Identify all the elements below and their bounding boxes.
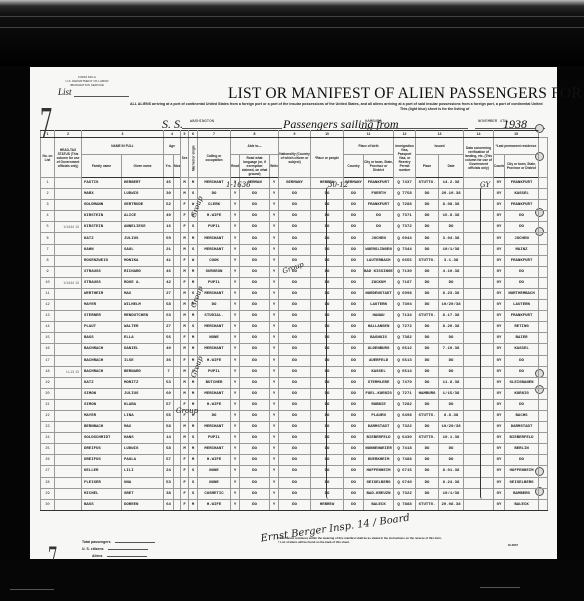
visa-number-cell: Q 6498 [394,410,416,421]
sex-cell: M [181,311,189,322]
nationality-cell: DO [279,377,311,388]
age-years-cell: 53 [164,477,174,488]
issued-place-cell: DO [416,333,439,344]
issued-date-cell: 10/20/38 [439,300,464,311]
nationality-cell: DO [279,288,311,299]
residence-city-cell: FRANKFURT [505,200,539,211]
margin-cell [539,399,548,410]
verification-cell [464,333,494,344]
header-last-residence: *Last permanent residence [494,138,539,155]
head-tax-note-cell [55,433,82,444]
age-months-cell [174,300,181,311]
marital-status-cell: S [189,477,198,488]
occupation-cell: COOK [198,255,231,266]
residence-city-cell: KOENIG [505,388,539,399]
sex-cell: F [181,466,189,477]
read-language-cell: DO [240,466,270,477]
table-row: 22MAYERLINA55FMDOYDOYDODODOPLAUENQ 6498S… [41,410,548,421]
header-birth-country: Country [344,155,364,178]
visa-number-cell: Q 7382 [394,333,416,344]
nationality-cell: DO [279,355,311,366]
issued-date-cell: 10.1.38 [439,433,464,444]
family-name-cell: SIMON [82,399,122,410]
sailing-port-line [360,128,468,129]
residence-city-cell: LAUTERN [505,300,539,311]
table-row: 3GOLDMANNGERTRUDE52FWCLERKYDOYDODODOFRAN… [41,200,548,211]
birth-city-cell: WOERSLINGEN [364,244,394,255]
issued-place-cell: STUTTG. [416,499,439,510]
can-write-cell: Y [270,355,279,366]
visa-number-cell: Q 6740 [394,477,416,488]
issued-date-cell: 1/15/38 [439,388,464,399]
marital-status-cell: S [189,488,198,499]
age-months-cell [174,288,181,299]
given-name-cell: HERBERT [122,178,164,189]
nationality-cell: DO [279,366,311,377]
header-read-language: Read what language (or, if exemption cla… [240,155,270,178]
age-months-cell [174,344,181,355]
can-write-cell: Y [270,477,279,488]
can-write-cell: Y [270,211,279,222]
can-write-cell: Y [270,388,279,399]
issued-place-cell: DO [416,344,439,355]
verification-cell [464,433,494,444]
issued-date-cell: 20.08.38 [439,499,464,510]
table-row: 18LL13 13BACHRACHBERNARD7MSPUPILYDOYDODO… [41,366,548,377]
margin-cell [539,211,548,222]
age-years-cell: 57 [164,455,174,466]
birth-country-cell: DO [344,277,364,288]
read-language-cell: DO [240,499,270,510]
family-name-cell: BASS [82,499,122,510]
issued-place-cell: STUTTG. [416,178,439,189]
birth-country-cell: DO [344,200,364,211]
visa-number-cell: Q 7322 [394,488,416,499]
table-row: 19KATZMORITZ53MMBUTCHERYDOYDODODOSTEMMLE… [41,377,548,388]
sex-cell: F [181,277,189,288]
margin-cell [539,178,548,189]
sex-cell: M [181,366,189,377]
residence-country-cell: GY [494,244,505,255]
birth-city-cell: AUERFELD [364,355,394,366]
birth-city-cell: FUERTH [364,189,394,200]
birth-country-cell: DO [344,211,364,222]
issued-date-cell: DO [439,333,464,344]
given-name-cell: KLARA [122,399,164,410]
residence-city-cell: DO [505,399,539,410]
table-row: 20SIMONJULIUS60MMMERCHANTYDOYDODODOFOEL-… [41,388,548,399]
residence-country-cell: GY [494,444,505,455]
residence-city-cell: DO [505,211,539,222]
can-read-cell: Y [231,499,240,510]
issued-date-cell: DO [439,355,464,366]
visa-number-cell: Q 7134 [394,311,416,322]
read-language-cell: DO [240,333,270,344]
can-read-cell: Y [231,288,240,299]
age-months-cell [174,388,181,399]
head-tax-note-cell [55,344,82,355]
residence-city-cell: GLEISBANEN [505,377,539,388]
margin-cell [539,488,548,499]
issued-place-cell: DO [416,444,439,455]
issued-date-cell: 3.04.38 [439,233,464,244]
birth-country-cell: DO [344,433,364,444]
residence-country-cell: GY [494,311,505,322]
table-row: 4KIRSTEINALICE40FMH-WIFEYDOYDODODODOQ 73… [41,211,548,222]
birth-city-cell: DUERKHEIM [364,455,394,466]
verification-cell [464,444,494,455]
line-number-cell: 2 [41,189,55,200]
marital-status-cell: M [189,311,198,322]
head-tax-note-cell [55,355,82,366]
visa-number-cell: Q 7187 [394,277,416,288]
birth-country-cell: DO [344,444,364,455]
birth-city-cell: LAUTERBACH [364,255,394,266]
family-name-cell: MAYER [82,300,122,311]
residence-city-cell: BERLIN [505,444,539,455]
birth-city-cell: STEMMLERE [364,377,394,388]
table-row: 11WERTHEIMMAX27MSMERCHANTYDOYDODODONORDE… [41,288,548,299]
line-number-cell: 9 [41,266,55,277]
can-read-cell: Y [231,377,240,388]
family-name-cell: BACHRACH [82,355,122,366]
margin-cell [539,455,548,466]
handwritten-brace [326,187,331,499]
age-years-cell: 56 [164,333,174,344]
table-row: 7KAHNSAUL21MSMERCHANTYDOYDODODOWOERSLING… [41,244,548,255]
header-write: Write [270,155,279,178]
given-name-cell: RICHARD [122,266,164,277]
document-title: LIST OR MANIFEST OF ALIEN PASSENGERS FOR… [228,85,584,103]
margin-cell [539,222,548,233]
column-number-row: 1 2 3 4 5 6 7 8 9 10 11 12 13 14 15 [41,131,548,138]
birth-city-cell: GEISELBERG [364,477,394,488]
age-years-cell: 24 [164,466,174,477]
issued-date-cell: 11.8.38 [439,377,464,388]
margin-cell [539,444,548,455]
age-months-cell [174,477,181,488]
table-row: 28FLEISERUNA53FSNONEYDOYDODODOGEISELBERG… [41,477,548,488]
can-read-cell: Y [231,233,240,244]
margin-cell [539,433,548,444]
marital-status-cell: M [189,422,198,433]
family-name-cell: KAHN [82,244,122,255]
margin-cell [539,466,548,477]
birth-country-cell: DO [344,288,364,299]
family-name-cell: KATZ [82,377,122,388]
can-read-cell: Y [231,211,240,222]
residence-city-cell: DO [505,366,539,377]
nationality-cell: DO [279,422,311,433]
head-tax-note-cell [55,499,82,510]
birth-city-cell: PLAUEN [364,410,394,421]
family-name-cell: MICHEL [82,488,122,499]
verification-cell [464,300,494,311]
birth-country-cell: DO [344,466,364,477]
occupation-cell: MERCHANT [198,344,231,355]
sex-cell: F [181,355,189,366]
nationality-cell: DO [279,322,311,333]
sex-cell: F [181,211,189,222]
residence-city-cell: DO [505,455,539,466]
issued-place-cell: DO [416,366,439,377]
occupation-cell: SURGEON [198,266,231,277]
read-language-cell: DO [240,377,270,388]
can-write-cell: Y [270,399,279,410]
can-read-cell: Y [231,422,240,433]
visa-number-cell: Q 7130 [394,266,416,277]
nationality-cell: DO [279,277,311,288]
ship-name: WASHINGTON [190,120,214,124]
table-row: 12MAYERWILHELM58MMDOYDOYDODODOLAUTERNQ 7… [41,300,548,311]
family-name-cell: KIRSTEIN [82,222,122,233]
sex-cell: M [181,422,189,433]
line-number-cell: 14 [41,322,55,333]
verification-cell [464,399,494,410]
family-name-cell: BERNBACH [82,422,122,433]
sex-cell: F [181,499,189,510]
age-months-cell [174,444,181,455]
residence-city-cell: JUCHEN [505,233,539,244]
visa-number-cell: Q 7272 [394,322,416,333]
head-tax-note-cell [55,333,82,344]
residence-city-cell: KASSEL [505,189,539,200]
given-name-cell: MORITZ [122,377,164,388]
sex-cell: M [181,300,189,311]
given-name-cell: ALICE [122,211,164,222]
occupation-cell: PUPIL [198,433,231,444]
line-number-cell: 28 [41,477,55,488]
issued-place-cell: DO [416,377,439,388]
age-years-cell: 64 [164,499,174,510]
marital-status-cell: S [189,433,198,444]
verification-cell [464,377,494,388]
sailing-port: HAMBURG [365,120,382,124]
head-tax-note-cell [55,477,82,488]
residence-city-cell: DO [505,277,539,288]
can-write-cell: Y [270,455,279,466]
age-years-cell: 14 [164,433,174,444]
issued-date-cell: DO [439,277,464,288]
line-number-cell: 18 [41,366,55,377]
age-years-cell: 59 [164,233,174,244]
issued-place-cell: DO [416,266,439,277]
birth-country-cell: DO [344,344,364,355]
can-write-cell: Y [270,377,279,388]
occupation-cell: MERCHANT [198,422,231,433]
line-number-cell: 3 [41,200,55,211]
header-issued-date: Date [439,155,464,178]
issued-place-cell: DO [416,233,439,244]
can-read-cell: Y [231,300,240,311]
visa-number-cell: Q 7371 [394,211,416,222]
age-years-cell: 63 [164,311,174,322]
verification-cell [464,499,494,510]
given-name-cell: GRET [122,488,164,499]
age-months-cell [174,333,181,344]
birth-country-cell: DO [344,300,364,311]
given-name-cell: UNA [122,477,164,488]
given-name-cell: DANIEL [122,344,164,355]
line-number-cell: 16 [41,344,55,355]
sex-cell: M [181,233,189,244]
header-mos: Mos. [174,155,181,178]
age-months-cell [174,455,181,466]
sex-cell: F [181,200,189,211]
header-able-to: Able to— [231,138,279,155]
verification-cell [464,322,494,333]
head-tax-note-cell [55,410,82,421]
birth-city-cell: BIEBERFELD [364,433,394,444]
can-write-cell: Y [270,322,279,333]
nationality-cell: DO [279,388,311,399]
issued-date-cell: DO [439,366,464,377]
header-read: Read [231,155,240,178]
sex-cell: F [181,477,189,488]
header-residence-city: City or town, State, Province or Distric… [505,155,539,178]
verification-cell [464,410,494,421]
read-language-cell: DO [240,444,270,455]
nationality-cell: DO [279,499,311,510]
can-write-cell: Y [270,266,279,277]
visa-number-cell: Q 6512 [394,344,416,355]
age-years-cell: 45 [164,178,174,189]
nationality-cell: DO [279,466,311,477]
marital-status-cell: M [189,266,198,277]
head-tax-note-cell [55,377,82,388]
given-name-cell: ELLA [122,333,164,344]
birth-country-cell: DO [344,366,364,377]
age-months-cell [174,322,181,333]
given-name-cell: LILI [122,466,164,477]
residence-city-cell: FRANKFURT [505,255,539,266]
header-visa: Immigration Visa, Passport Visa, or Reen… [394,138,416,178]
issued-date-cell: DO [439,399,464,410]
age-months-cell [174,466,181,477]
occupation-cell: BUTCHER [198,377,231,388]
head-tax-note-cell [55,200,82,211]
issued-place-cell: STUTTG. [416,311,439,322]
table-row: 25DREIFUSLUDWIG58MMMERCHANTYDOYDODODONON… [41,444,548,455]
marital-status-cell: M [189,344,198,355]
marital-status-cell: M [189,499,198,510]
verification-cell [464,277,494,288]
header-given-name: Given name [122,155,164,178]
verification-cell [464,189,494,200]
occupation-cell: H-WIFE [198,455,231,466]
can-write-cell: Y [270,488,279,499]
birth-city-cell: LAUTERN [364,300,394,311]
can-read-cell: Y [231,433,240,444]
given-name-cell: ANNELIESE [122,222,164,233]
birth-country-cell: DO [344,333,364,344]
sex-cell: M [181,244,189,255]
birth-city-cell: DO [364,211,394,222]
can-write-cell: Y [270,200,279,211]
margin-cell [539,477,548,488]
family-name-cell: DREIFUS [82,444,122,455]
read-language-cell: DO [240,488,270,499]
age-years-cell: 41 [164,255,174,266]
line-number-cell: 5 [41,222,55,233]
age-years-cell: 42 [164,277,174,288]
head-tax-note-cell [55,399,82,410]
table-row: 13STERNERMENDUTCHEN63MMSTUDIAL.YDOYDODOD… [41,311,548,322]
header-row-1: No. on List HEAD-TAX STATUS (This column… [41,138,548,155]
birth-country-cell: DO [344,377,364,388]
can-write-cell: Y [270,288,279,299]
can-read-cell: Y [231,222,240,233]
sex-cell: F [181,222,189,233]
can-write-cell: Y [270,255,279,266]
issued-date-cell: 20.10.38 [439,189,464,200]
can-read-cell: Y [231,200,240,211]
given-name-cell: LUDWIG [122,189,164,200]
residence-country-cell: GY [494,477,505,488]
can-write-cell: Y [270,499,279,510]
visa-number-cell: Q 7344 [394,244,416,255]
head-tax-note-cell [55,444,82,455]
visa-number-cell: Q 5430 [394,433,416,444]
age-years-cell: 57 [164,399,174,410]
can-read-cell: Y [231,266,240,277]
read-language-cell: DO [240,388,270,399]
age-months-cell [174,189,181,200]
given-name-cell: BERNARD [122,366,164,377]
nationality-cell: DO [279,344,311,355]
residence-country-cell: GY [494,233,505,244]
given-name-cell: DOREEN [122,499,164,510]
sex-cell: F [181,455,189,466]
sex-cell: M [181,388,189,399]
read-language-cell: DO [240,477,270,488]
margin-cell [539,300,548,311]
verification-cell [464,422,494,433]
header-sex: Sex [181,138,189,178]
verification-cell [464,200,494,211]
verification-cell [464,211,494,222]
document-subtitle-2: This (light blue) sheet is for the listi… [400,107,469,111]
visa-number-cell: Q 7470 [394,377,416,388]
marital-status-cell: M [189,333,198,344]
visa-number-cell: Q 6513 [394,355,416,366]
family-name-cell: BASS [82,333,122,344]
table-row: 14PLAUTWALTER27MSMERCHANTYDOYDODODOHALLA… [41,322,548,333]
header-nationality: Nationality (Country of which citizen or… [279,138,311,178]
line-number-cell: 23 [41,422,55,433]
margin-cell [539,322,548,333]
given-name-cell: LUDWIG [122,444,164,455]
nationality-cell: DO [279,233,311,244]
family-name-cell: MARX [82,189,122,200]
nationality-cell: DO [279,444,311,455]
line-number-cell: 24 [41,433,55,444]
issued-place-cell: DO [416,466,439,477]
issued-place-cell: DO [416,399,439,410]
birth-country-cell: DO [344,189,364,200]
issued-date-cell: 8.08.38 [439,200,464,211]
birth-city-cell: JUCHEN [364,233,394,244]
can-read-cell: Y [231,311,240,322]
nationality-cell: DO [279,222,311,233]
birth-city-cell: FOEL-KOENIG [364,388,394,399]
can-read-cell: Y [231,388,240,399]
can-write-cell: Y [270,178,279,189]
margin-cell [539,255,548,266]
birth-country-cell: DO [344,422,364,433]
residence-city-cell: DARMSTADT [505,422,539,433]
sex-cell: M [181,266,189,277]
